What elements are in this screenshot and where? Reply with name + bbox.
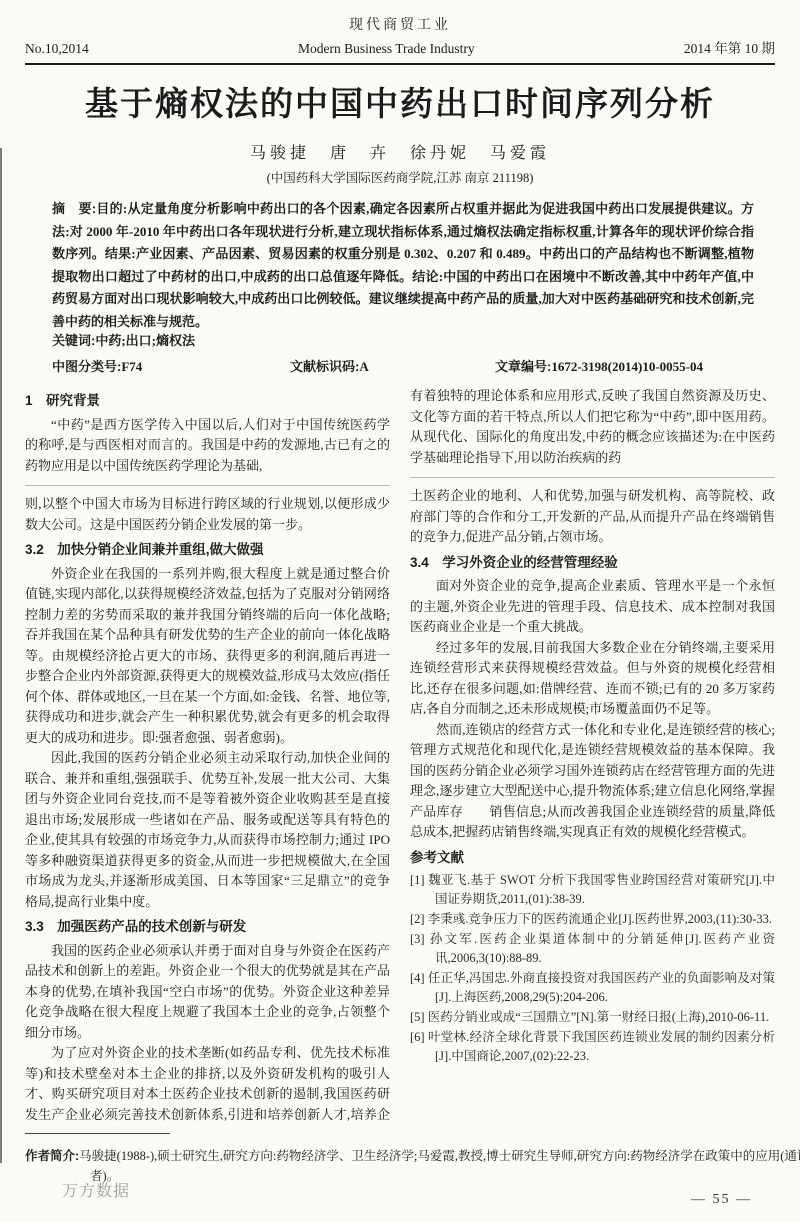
reference-item: [2] 李秉彧.竞争压力下的医药流通企业[J].医药世界,2003,(11):3… bbox=[410, 910, 775, 929]
abstract: 摘 要:目的:从定量角度分析影响中药出口的各个因素,确定各因素所占权重并据此为促… bbox=[52, 198, 754, 333]
abstract-label: 摘 要: bbox=[52, 201, 96, 216]
reference-item: [1] 魏亚飞.基于 SWOT 分析下我国零售业跨国经营对策研究[J].中国证券… bbox=[410, 871, 775, 909]
body-paragraph: “中药”是西方医学传入中国以后,人们对于中国传统医药学的称呼,是与西医相对而言的… bbox=[25, 415, 390, 477]
reference-item: [4] 任正华,冯国忠.外商直接投资对我国医药产业的负面影响及对策[J].上海医… bbox=[410, 969, 775, 1007]
body-paragraph: 我国的医药企业必须承认并勇于面对自身与外资企在医药产品技术和创新上的差距。外资企… bbox=[25, 941, 390, 1044]
author-bio-text: 马骏捷(1988-),硕士研究生,研究方向:药物经济学、卫生经济学;马爱霞,教授… bbox=[79, 1149, 800, 1183]
wanfang-watermark: 万方数据 bbox=[62, 1178, 130, 1201]
body-columns: 1 研究背景“中药”是西方医学传入中国以后,人们对于中国传统医药学的称呼,是与西… bbox=[25, 386, 775, 1128]
body-paragraph-continuation: 土医药企业的地利、人和优势,加强与研发机构、高等院校、政府部门等的合作和分工,开… bbox=[410, 486, 775, 548]
section-heading: 3.2 加快分销企业间兼并重组,做大做强 bbox=[25, 540, 390, 561]
article-id: 文章编号:1672-3198(2014)10-0055-04 bbox=[495, 356, 703, 375]
author-bio-label: 作者简介: bbox=[25, 1149, 79, 1163]
author-names: 马骏捷 唐 卉 徐丹妮 马爱霞 bbox=[0, 140, 800, 163]
journal-name-en: Modern Business Trade Industry bbox=[89, 41, 684, 57]
reference-item: [3] 孙文军.医药企业渠道体制中的分销延伸[J].医药产业资讯,2006,3(… bbox=[410, 930, 775, 968]
document-code: 文献标识码:A bbox=[290, 356, 495, 375]
column-divider bbox=[25, 485, 390, 486]
keywords-line: 关键词:中药;出口;熵权法 bbox=[52, 330, 754, 349]
page-number: — 55 — bbox=[691, 1192, 752, 1208]
body-paragraph: 面对外资企业的竞争,提高企业素质、管理水平是一个永恒的主题,外资企业先进的管理手… bbox=[410, 576, 775, 638]
scan-edge-artifact bbox=[0, 148, 2, 1163]
journal-header: 现代商贸工业 No.10,2014 Modern Business Trade … bbox=[25, 14, 775, 65]
body-paragraph: 外资企业在我国的一系列并购,很大程度上就是通过整合价值链,实现内部化,以获得规模… bbox=[25, 564, 390, 749]
keywords-text: 中药;出口;熵权法 bbox=[95, 333, 195, 348]
column-divider bbox=[410, 477, 775, 478]
classification-line: 中图分类号:F74 文献标识码:A 文章编号:1672-3198(2014)10… bbox=[52, 356, 764, 375]
issue-number: No.10,2014 bbox=[25, 41, 89, 57]
section-heading: 1 研究背景 bbox=[25, 391, 390, 412]
issue-label-cn: 2014 年第 10 期 bbox=[684, 37, 775, 57]
abstract-text: 目的:从定量角度分析影响中药出口的各个因素,确定各因素所占权重并据此为促进我国中… bbox=[52, 201, 754, 329]
body-paragraph: 因此,我国的医药分销企业必须主动采取行动,加快企业间的联合、兼并和重组,强强联手… bbox=[25, 748, 390, 912]
journal-name-cn: 现代商贸工业 bbox=[25, 14, 775, 34]
body-paragraph-continuation: 有着独特的理论体系和应用形式,反映了我国自然资源及历史、文化等方面的若干特点,所… bbox=[410, 386, 775, 468]
body-paragraph: 然而,连锁店的经营方式一体化和专业化,是连锁经营的核心;管理方式规范化和现代化,… bbox=[410, 720, 775, 843]
right-column: 有着独特的理论体系和应用形式,反映了我国自然资源及历史、文化等方面的若干特点,所… bbox=[410, 386, 775, 1128]
reference-item: [5] 医药分销业或成“三国鼎立”[N].第一财经日报(上海),2010-06-… bbox=[410, 1008, 775, 1027]
journal-page: 现代商贸工业 No.10,2014 Modern Business Trade … bbox=[0, 0, 800, 1222]
author-bio: 作者简介:马骏捷(1988-),硕士研究生,研究方向:药物经济学、卫生经济学;马… bbox=[25, 1146, 800, 1186]
section-heading: 3.4 学习外资企业的经营管理经验 bbox=[410, 553, 775, 574]
article-title: 基于熵权法的中国中药出口时间序列分析 bbox=[0, 78, 800, 125]
header-rule bbox=[25, 63, 775, 65]
clc-number: 中图分类号:F74 bbox=[52, 356, 290, 375]
body-paragraph-continuation: 则,以整个中国大市场为目标进行跨区域的行业规划,以便形成少数大公司。这是中国医药… bbox=[25, 494, 390, 535]
reference-item: [6] 叶堂林.经济全球化背景下我国医药连锁业发展的制约因素分析[J].中国商论… bbox=[410, 1028, 775, 1066]
author-affiliation: (中国药科大学国际医药商学院,江苏 南京 211198) bbox=[0, 168, 800, 186]
footnote-separator bbox=[25, 1133, 170, 1134]
body-paragraph: 为了应对外资企业的技术垄断(如药品专利、优先技术标准等)和技术壁垒对本土企业的排… bbox=[25, 1043, 390, 1128]
body-paragraph: 经过多年的发展,目前我国大多数企业在分销终端,主要采用连锁经营形式来获得规模经营… bbox=[410, 638, 775, 720]
section-heading: 3.3 加强医药产品的技术创新与研发 bbox=[25, 917, 390, 938]
keywords-label: 关键词: bbox=[52, 333, 95, 348]
section-heading: 参考文献 bbox=[410, 848, 775, 869]
left-column: 1 研究背景“中药”是西方医学传入中国以后,人们对于中国传统医药学的称呼,是与西… bbox=[25, 386, 390, 1128]
